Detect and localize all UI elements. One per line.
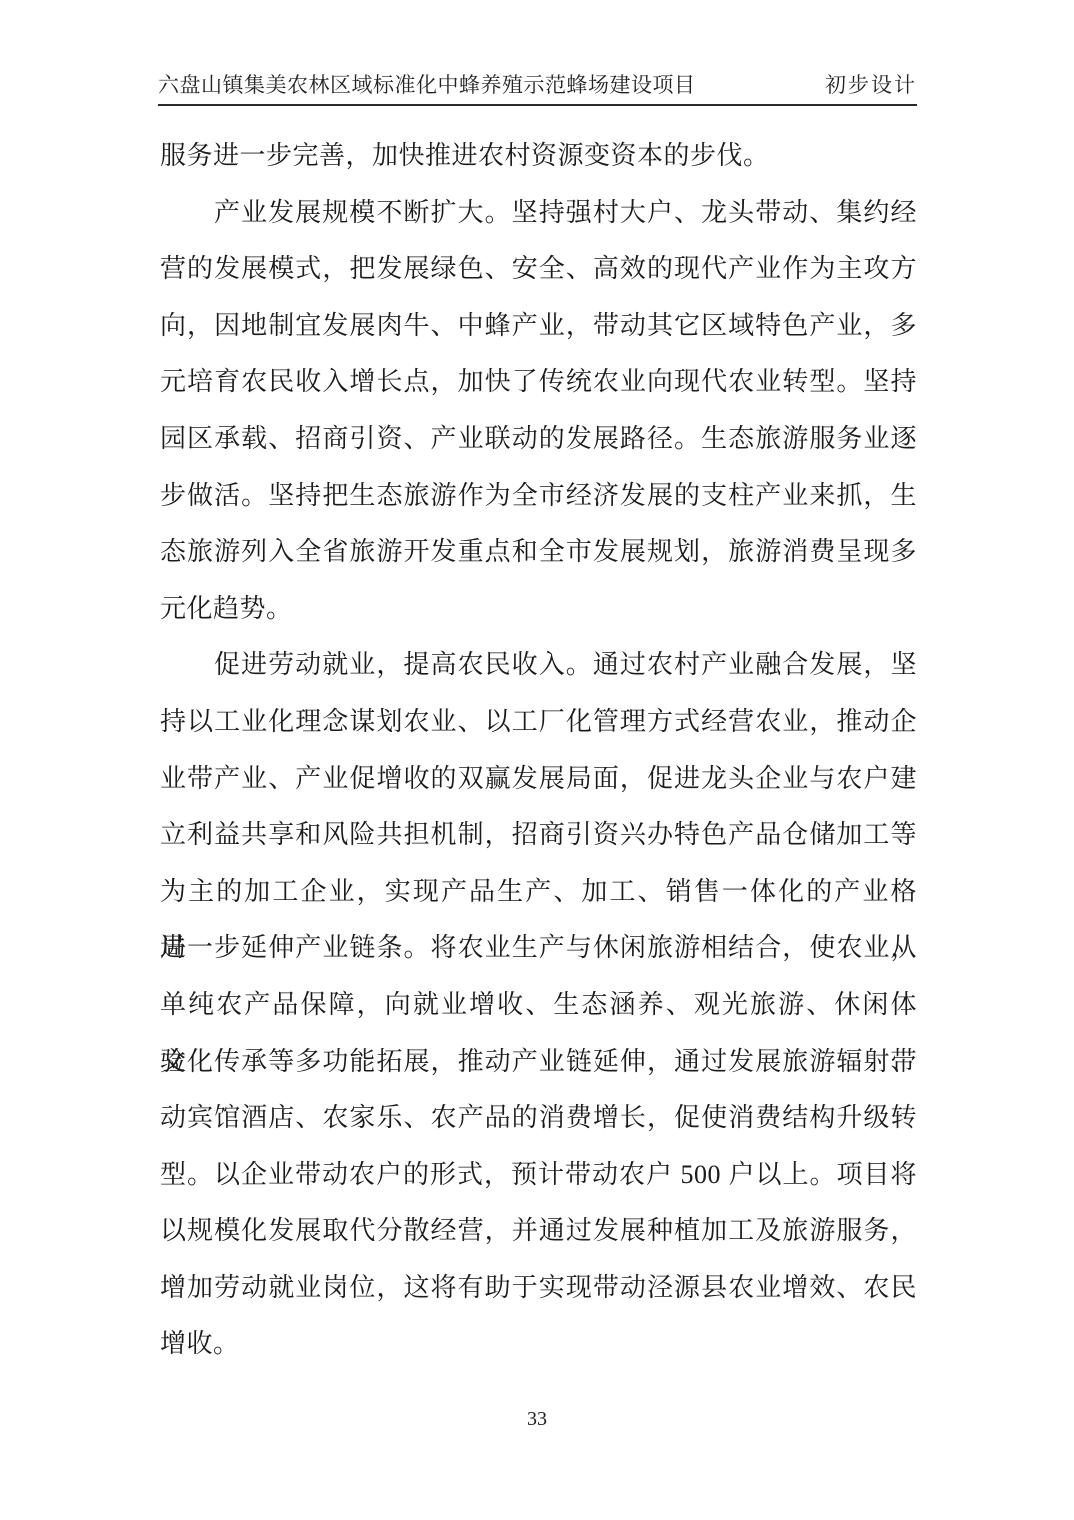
- text-line: 动宾馆酒店、农家乐、农产品的消费增长，促使消费结构升级转: [160, 1090, 917, 1147]
- text-line: 元化趋势。: [160, 581, 917, 638]
- text-line: 增收。: [160, 1316, 917, 1373]
- text-line: 促进劳动就业，提高农民收入。通过农村产业融合发展，坚: [160, 637, 917, 694]
- text-line: 以规模化发展取代分散经营，并通过发展种植加工及旅游服务，: [160, 1203, 917, 1260]
- document-page: 六盘山镇集美农林区域标准化中蜂养殖示范蜂场建设项目 初步设计 服务进一步完善，加…: [0, 0, 1074, 1520]
- text-line: 步做活。坚持把生态旅游作为全市经济发展的支柱产业来抓，生: [160, 468, 917, 525]
- header-project-title: 六盘山镇集美农林区域标准化中蜂养殖示范蜂场建设项目: [158, 70, 696, 100]
- text-line: 向，因地制宜发展肉牛、中蜂产业，带动其它区域特色产业，多: [160, 298, 917, 355]
- page-header: 六盘山镇集美农林区域标准化中蜂养殖示范蜂场建设项目 初步设计: [158, 70, 917, 106]
- text-line: 增加劳动就业岗位，这将有助于实现带动泾源县农业增效、农民: [160, 1260, 917, 1317]
- text-line: 进一步延伸产业链条。将农业生产与休闲旅游相结合，使农业从: [160, 920, 917, 977]
- text-line: 为主的加工企业，实现产品生产、加工、销售一体化的产业格局，: [160, 864, 917, 921]
- page-number: 33: [527, 1408, 547, 1430]
- header-doc-type: 初步设计: [825, 70, 917, 100]
- body-text: 服务进一步完善，加快推进农村资源变资本的步伐。产业发展规模不断扩大。坚持强村大户…: [160, 128, 917, 1373]
- text-line: 态旅游列入全省旅游开发重点和全市发展规划，旅游消费呈现多: [160, 524, 917, 581]
- text-line: 持以工业化理念谋划农业、以工厂化管理方式经营农业，推动企: [160, 694, 917, 751]
- text-line: 园区承载、招商引资、产业联动的发展路径。生态旅游服务业逐: [160, 411, 917, 468]
- text-line: 型。以企业带动农户的形式，预计带动农户 500 户以上。项目将: [160, 1147, 917, 1204]
- text-line: 文化传承等多功能拓展，推动产业链延伸，通过发展旅游辐射带: [160, 1034, 917, 1091]
- text-line: 产业发展规模不断扩大。坚持强村大户、龙头带动、集约经: [160, 185, 917, 242]
- text-line: 元培育农民收入增长点，加快了传统农业向现代农业转型。坚持: [160, 354, 917, 411]
- page-footer: 33: [0, 1408, 1074, 1431]
- text-line: 单纯农产品保障，向就业增收、生态涵养、观光旅游、休闲体验、: [160, 977, 917, 1034]
- text-line: 营的发展模式，把发展绿色、安全、高效的现代产业作为主攻方: [160, 241, 917, 298]
- text-line: 服务进一步完善，加快推进农村资源变资本的步伐。: [160, 128, 917, 185]
- text-line: 立利益共享和风险共担机制，招商引资兴办特色产品仓储加工等: [160, 807, 917, 864]
- text-line: 业带产业、产业促增收的双赢发展局面，促进龙头企业与农户建: [160, 751, 917, 808]
